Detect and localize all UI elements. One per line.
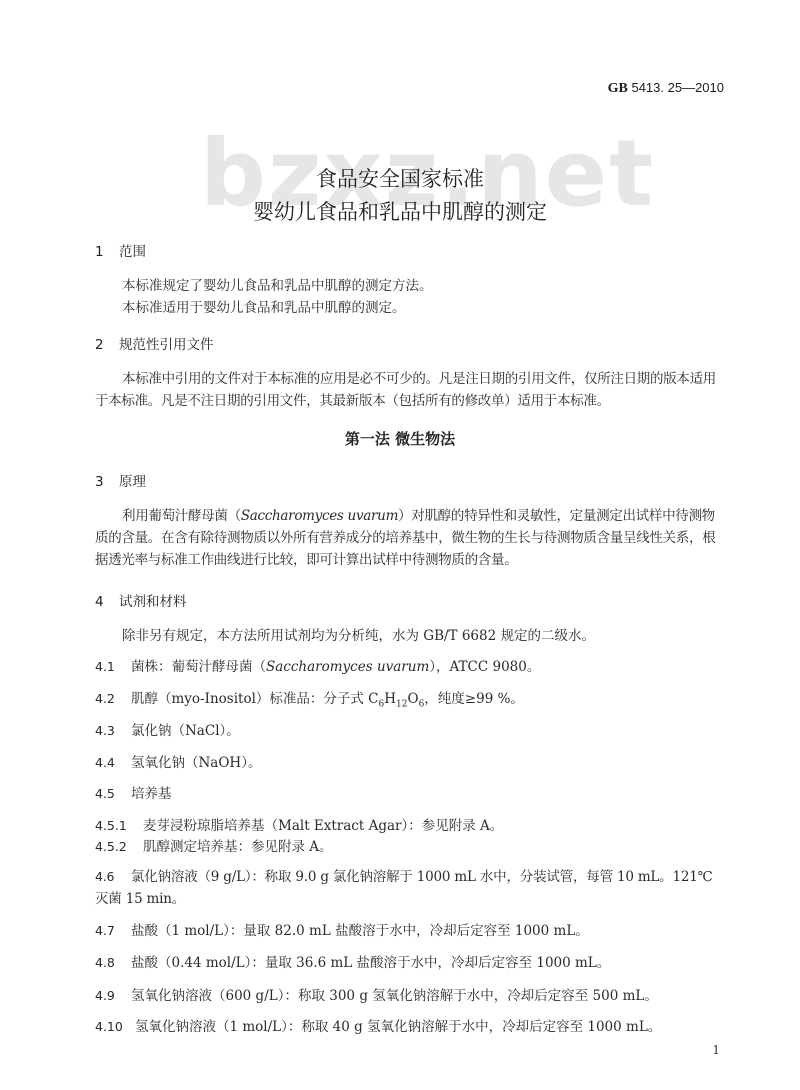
item-number: 4.7 bbox=[95, 920, 131, 942]
item-4-5-1: 4.5.1麦芽浸粉琼脂培养基（Malt Extract Agar）：参见附录 A… bbox=[95, 815, 725, 837]
item-text: 氯化钠溶液（9 g/L）：称取 9.0 g 氯化钠溶解于 1000 mL 水中，… bbox=[95, 869, 713, 907]
item-text: 氢氧化钠溶液（1 mol/L）：称取 40 g 氢氧化钠溶解于水中，冷却后定容至… bbox=[135, 1019, 661, 1035]
item-4-5: 4.5培养基 bbox=[95, 783, 725, 805]
item-number: 4.3 bbox=[95, 720, 131, 742]
item-text: 菌株：葡萄汁酵母菌（ bbox=[131, 659, 266, 675]
item-4-3: 4.3氯化钠（NaCl）。 bbox=[95, 720, 725, 742]
item-text: H bbox=[384, 691, 396, 707]
item-number: 4.5 bbox=[95, 783, 131, 805]
item-text: 肌醇测定培养基：参见附录 A。 bbox=[143, 839, 333, 855]
section-4-intro: 除非另有规定，本方法所用试剂均为分析纯，水为 GB/T 6682 规定的二级水。 bbox=[95, 625, 725, 647]
item-4-1: 4.1菌株：葡萄汁酵母菌（Saccharomyces uvarum），ATCC … bbox=[95, 656, 725, 678]
section-3-heading: 3原理 bbox=[95, 470, 146, 490]
section-title: 原理 bbox=[119, 474, 146, 490]
method-title: 第一法 微生物法 bbox=[0, 428, 800, 449]
species-name: Saccharomyces uvarum bbox=[241, 508, 398, 524]
page-number: 1 bbox=[712, 1043, 720, 1057]
section-4-heading: 4试剂和材料 bbox=[95, 590, 187, 610]
item-number: 4.10 bbox=[95, 1016, 135, 1038]
section-1-para-1: 本标准规定了婴幼儿食品和乳品中肌醇的测定方法。 bbox=[95, 275, 725, 297]
standard-prefix: GB bbox=[608, 81, 628, 96]
standard-number: GB 5413. 25—2010 bbox=[608, 80, 724, 97]
item-text: 麦芽浸粉琼脂培养基（Malt Extract Agar）：参见附录 A。 bbox=[143, 818, 503, 834]
item-4-6: 4.6氯化钠溶液（9 g/L）：称取 9.0 g 氯化钠溶解于 1000 mL … bbox=[95, 866, 725, 910]
section-2-heading: 2规范性引用文件 bbox=[95, 333, 214, 353]
item-4-7: 4.7盐酸（1 mol/L）：量取 82.0 mL 盐酸溶于水中，冷却后定容至 … bbox=[95, 920, 725, 942]
item-number: 4.5.2 bbox=[95, 836, 143, 858]
section-number: 2 bbox=[95, 337, 119, 353]
section-number: 3 bbox=[95, 474, 119, 490]
item-text: 培养基 bbox=[131, 786, 172, 802]
section-title: 范围 bbox=[119, 244, 146, 260]
item-4-10: 4.10氢氧化钠溶液（1 mol/L）：称取 40 g 氢氧化钠溶解于水中，冷却… bbox=[95, 1016, 725, 1038]
text: 利用葡萄汁酵母菌（ bbox=[122, 508, 241, 524]
title-line-2: 婴幼儿食品和乳品中肌醇的测定 bbox=[0, 196, 800, 226]
section-number: 4 bbox=[95, 594, 119, 610]
section-number: 1 bbox=[95, 244, 119, 260]
title-line-1: 食品安全国家标准 bbox=[0, 163, 800, 193]
item-number: 4.5.1 bbox=[95, 815, 143, 837]
section-3-para: 利用葡萄汁酵母菌（Saccharomyces uvarum）对肌醇的特异性和灵敏… bbox=[95, 505, 725, 571]
item-text: ），ATCC 9080。 bbox=[429, 659, 540, 675]
item-number: 4.2 bbox=[95, 688, 131, 710]
item-number: 4.9 bbox=[95, 985, 131, 1007]
subscript: 12 bbox=[396, 700, 407, 710]
section-title: 规范性引用文件 bbox=[119, 337, 214, 353]
item-4-5-2: 4.5.2肌醇测定培养基：参见附录 A。 bbox=[95, 836, 725, 858]
item-text: 氯化钠（NaCl）。 bbox=[131, 723, 240, 739]
standard-code: 5413. 25—2010 bbox=[628, 80, 724, 95]
item-text: 肌醇（myo-Inositol）标准品：分子式 C bbox=[131, 691, 379, 707]
item-text: ，纯度≥99 %。 bbox=[424, 691, 524, 707]
item-4-8: 4.8盐酸（0.44 mol/L）：量取 36.6 mL 盐酸溶于水中，冷却后定… bbox=[95, 952, 725, 974]
item-text: O bbox=[407, 691, 418, 707]
item-number: 4.6 bbox=[95, 866, 131, 888]
section-1-para-2: 本标准适用于婴幼儿食品和乳品中肌醇的测定。 bbox=[95, 297, 725, 319]
item-text: 盐酸（0.44 mol/L）：量取 36.6 mL 盐酸溶于水中，冷却后定容至 … bbox=[131, 955, 610, 971]
item-text: 氢氧化钠（NaOH）。 bbox=[131, 755, 261, 771]
item-number: 4.8 bbox=[95, 952, 131, 974]
item-number: 4.1 bbox=[95, 656, 131, 678]
item-4-9: 4.9氢氧化钠溶液（600 g/L）：称取 300 g 氢氧化钠溶解于水中，冷却… bbox=[95, 985, 725, 1007]
species-name: Saccharomyces uvarum bbox=[266, 659, 429, 675]
section-title: 试剂和材料 bbox=[119, 594, 187, 610]
item-4-4: 4.4氢氧化钠（NaOH）。 bbox=[95, 752, 725, 774]
item-number: 4.4 bbox=[95, 752, 131, 774]
section-2-para: 本标准中引用的文件对于本标准的应用是必不可少的。凡是注日期的引用文件，仅所注日期… bbox=[95, 368, 725, 412]
item-text: 盐酸（1 mol/L）：量取 82.0 mL 盐酸溶于水中，冷却后定容至 100… bbox=[131, 923, 589, 939]
item-text: 氢氧化钠溶液（600 g/L）：称取 300 g 氢氧化钠溶解于水中，冷却后定容… bbox=[131, 988, 658, 1004]
item-4-2: 4.2肌醇（myo-Inositol）标准品：分子式 C6H12O6，纯度≥99… bbox=[95, 688, 725, 716]
section-1-heading: 1范围 bbox=[95, 240, 146, 260]
